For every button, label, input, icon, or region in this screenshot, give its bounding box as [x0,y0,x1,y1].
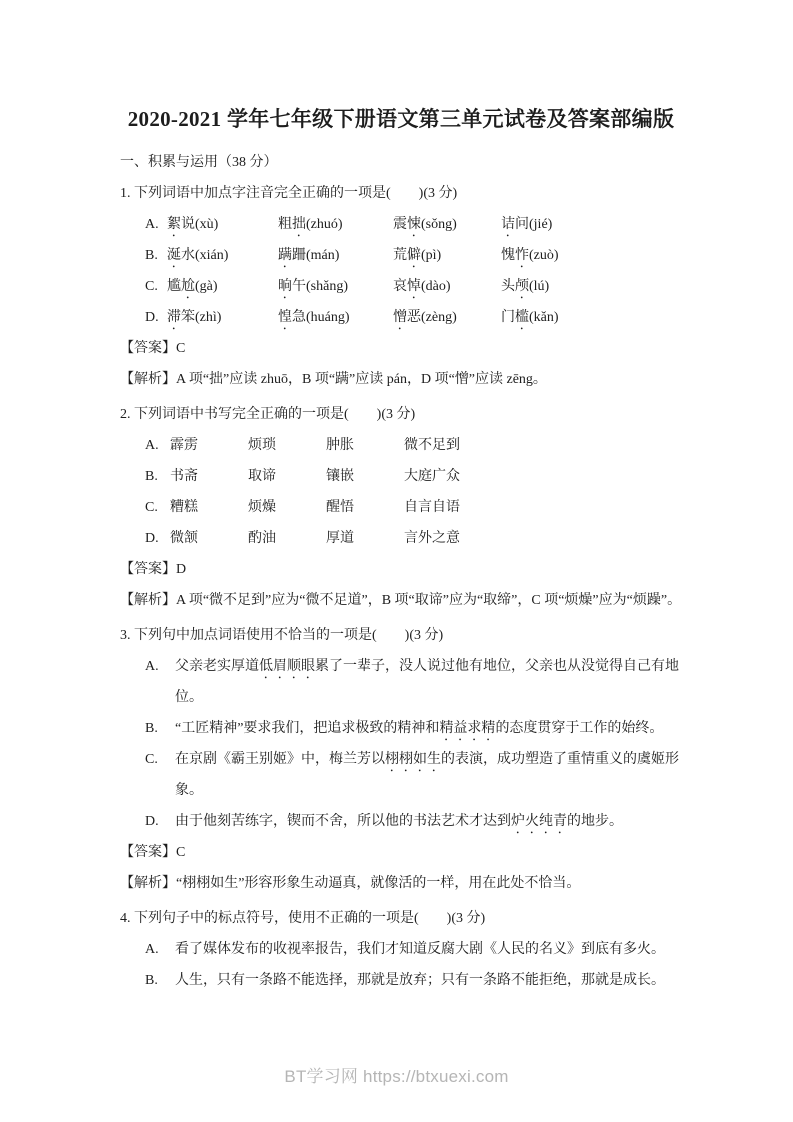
q2-answer: 【答案】D [120,554,682,585]
word-item: 粗拙(zhuó) [278,209,393,240]
word-item: 烦琐 [248,430,326,461]
word-item: 滞笨(zhì) [167,302,278,333]
option-text: “工匠精神”要求我们，把追求极致的精神和精益求精的态度贯穿于工作的始终。 [175,721,663,736]
word-item: 肿胀 [326,430,404,461]
word-item: 醒悟 [326,492,404,523]
q2-option-b: B. 书斋 取谛 镶嵌 大庭广众 [120,461,682,492]
word-item: 微不足到 [404,430,682,461]
q1-option-a: A. 絮说(xù) 粗拙(zhuó) 震悚(sǒng) 诘问(jié) [120,209,682,240]
q3-option-a: A.父亲老实厚道低眉顺眼累了一辈子，没人说过他有地位，父亲也从没觉得自己有地位。 [120,651,682,713]
word-item: 晌午(shǎng) [278,271,393,302]
option-text: 由于他刻苦练字，锲而不舍，所以他的书法艺术才达到炉火纯青的地步。 [175,814,623,829]
q2-analysis: 【解析】A 项“微不足到”应为“微不足道”，B 项“取谛”应为“取缔”，C 项“… [120,585,682,616]
option-label: A. [145,430,170,461]
word-item: 哀悼(dào) [393,271,501,302]
q3-option-d: D.由于他刻苦练字，锲而不舍，所以他的书法艺术才达到炉火纯青的地步。 [120,806,682,837]
word-item: 涎水(xián) [167,240,278,271]
q1-analysis: 【解析】A 项“拙”应读 zhuō，B 项“蹒”应读 pán，D 项“憎”应读 … [120,364,682,395]
option-label: B. [145,713,175,744]
section-heading: 一、积累与运用（38 分） [120,147,682,178]
option-label: C. [145,744,175,775]
q3-option-c: C.在京剧《霸王别姬》中，梅兰芳以栩栩如生的表演，成功塑造了重情重义的虞姬形象。 [120,744,682,806]
word-item: 糟糕 [170,492,248,523]
paper-content: 2020-2021 学年七年级下册语文第三单元试卷及答案部编版 一、积累与运用（… [120,0,682,996]
q2-stem: 2. 下列词语中书写完全正确的一项是( )(3 分) [120,399,682,430]
word-item: 酌油 [248,523,326,554]
q2-option-c: C. 糟糕 烦燥 醒悟 自言自语 [120,492,682,523]
option-label: D. [145,523,170,554]
word-item: 头颅(lú) [501,271,682,302]
q4-option-b: B.人生，只有一条路不能选择，那就是放弃；只有一条路不能拒绝，那就是成长。 [120,965,682,996]
word-item: 书斋 [170,461,248,492]
footer-link[interactable]: BT学习网 https://btxuexi.com [284,1067,508,1086]
word-item: 诘问(jié) [501,209,682,240]
q3-analysis: 【解析】“栩栩如生”形容形象生动逼真，就像活的一样，用在此处不恰当。 [120,868,682,899]
word-item: 愧怍(zuò) [501,240,682,271]
option-text: 在京剧《霸王别姬》中，梅兰芳以栩栩如生的表演，成功塑造了重情重义的虞姬形象。 [175,752,679,798]
option-label: B. [145,461,170,492]
page-title: 2020-2021 学年七年级下册语文第三单元试卷及答案部编版 [120,103,682,136]
option-label: A. [145,934,175,965]
option-label: A. [145,209,167,240]
q1-option-b: B. 涎水(xián) 蹒跚(mán) 荒僻(pì) 愧怍(zuò) [120,240,682,271]
q3-option-b: B.“工匠精神”要求我们，把追求极致的精神和精益求精的态度贯穿于工作的始终。 [120,713,682,744]
option-label: B. [145,240,167,271]
word-item: 取谛 [248,461,326,492]
q1-stem: 1. 下列词语中加点字注音完全正确的一项是( )(3 分) [120,178,682,209]
q3-stem: 3. 下列句中加点词语使用不恰当的一项是( )(3 分) [120,620,682,651]
option-label: C. [145,271,167,302]
word-item: 霹雳 [170,430,248,461]
word-item: 震悚(sǒng) [393,209,501,240]
q1-answer: 【答案】C [120,333,682,364]
word-item: 自言自语 [404,492,682,523]
word-item: 微颔 [170,523,248,554]
test-paper-page: 2020-2021 学年七年级下册语文第三单元试卷及答案部编版 一、积累与运用（… [0,0,793,1122]
word-item: 憎恶(zèng) [393,302,501,333]
word-item: 蹒跚(mán) [278,240,393,271]
q2-option-d: D. 微颔 酌油 厚道 言外之意 [120,523,682,554]
option-label: D. [145,806,175,837]
q3-answer: 【答案】C [120,837,682,868]
option-text: 看了媒体发布的收视率报告，我们才知道反腐大剧《人民的名义》到底有多火。 [175,942,665,957]
q4-option-a: A.看了媒体发布的收视率报告，我们才知道反腐大剧《人民的名义》到底有多火。 [120,934,682,965]
option-label: C. [145,492,170,523]
site-footer: BT学习网 https://btxuexi.com [0,1062,793,1087]
word-item: 絮说(xù) [167,209,278,240]
option-text: 人生，只有一条路不能选择，那就是放弃；只有一条路不能拒绝，那就是成长。 [175,973,665,988]
option-label: D. [145,302,167,333]
word-item: 大庭广众 [404,461,682,492]
word-item: 言外之意 [404,523,682,554]
q4-stem: 4. 下列句子中的标点符号，使用不正确的一项是( )(3 分) [120,903,682,934]
q1-option-c: C. 尴尬(gà) 晌午(shǎng) 哀悼(dào) 头颅(lú) [120,271,682,302]
q1-option-d: D. 滞笨(zhì) 惶急(huáng) 憎恶(zèng) 门槛(kǎn) [120,302,682,333]
word-item: 惶急(huáng) [278,302,393,333]
option-label: A. [145,651,175,682]
word-item: 镶嵌 [326,461,404,492]
word-item: 尴尬(gà) [167,271,278,302]
option-label: B. [145,965,175,996]
word-item: 厚道 [326,523,404,554]
word-item: 荒僻(pì) [393,240,501,271]
word-item: 门槛(kǎn) [501,302,682,333]
word-item: 烦燥 [248,492,326,523]
option-text: 父亲老实厚道低眉顺眼累了一辈子，没人说过他有地位，父亲也从没觉得自己有地位。 [175,659,679,705]
q2-option-a: A. 霹雳 烦琐 肿胀 微不足到 [120,430,682,461]
